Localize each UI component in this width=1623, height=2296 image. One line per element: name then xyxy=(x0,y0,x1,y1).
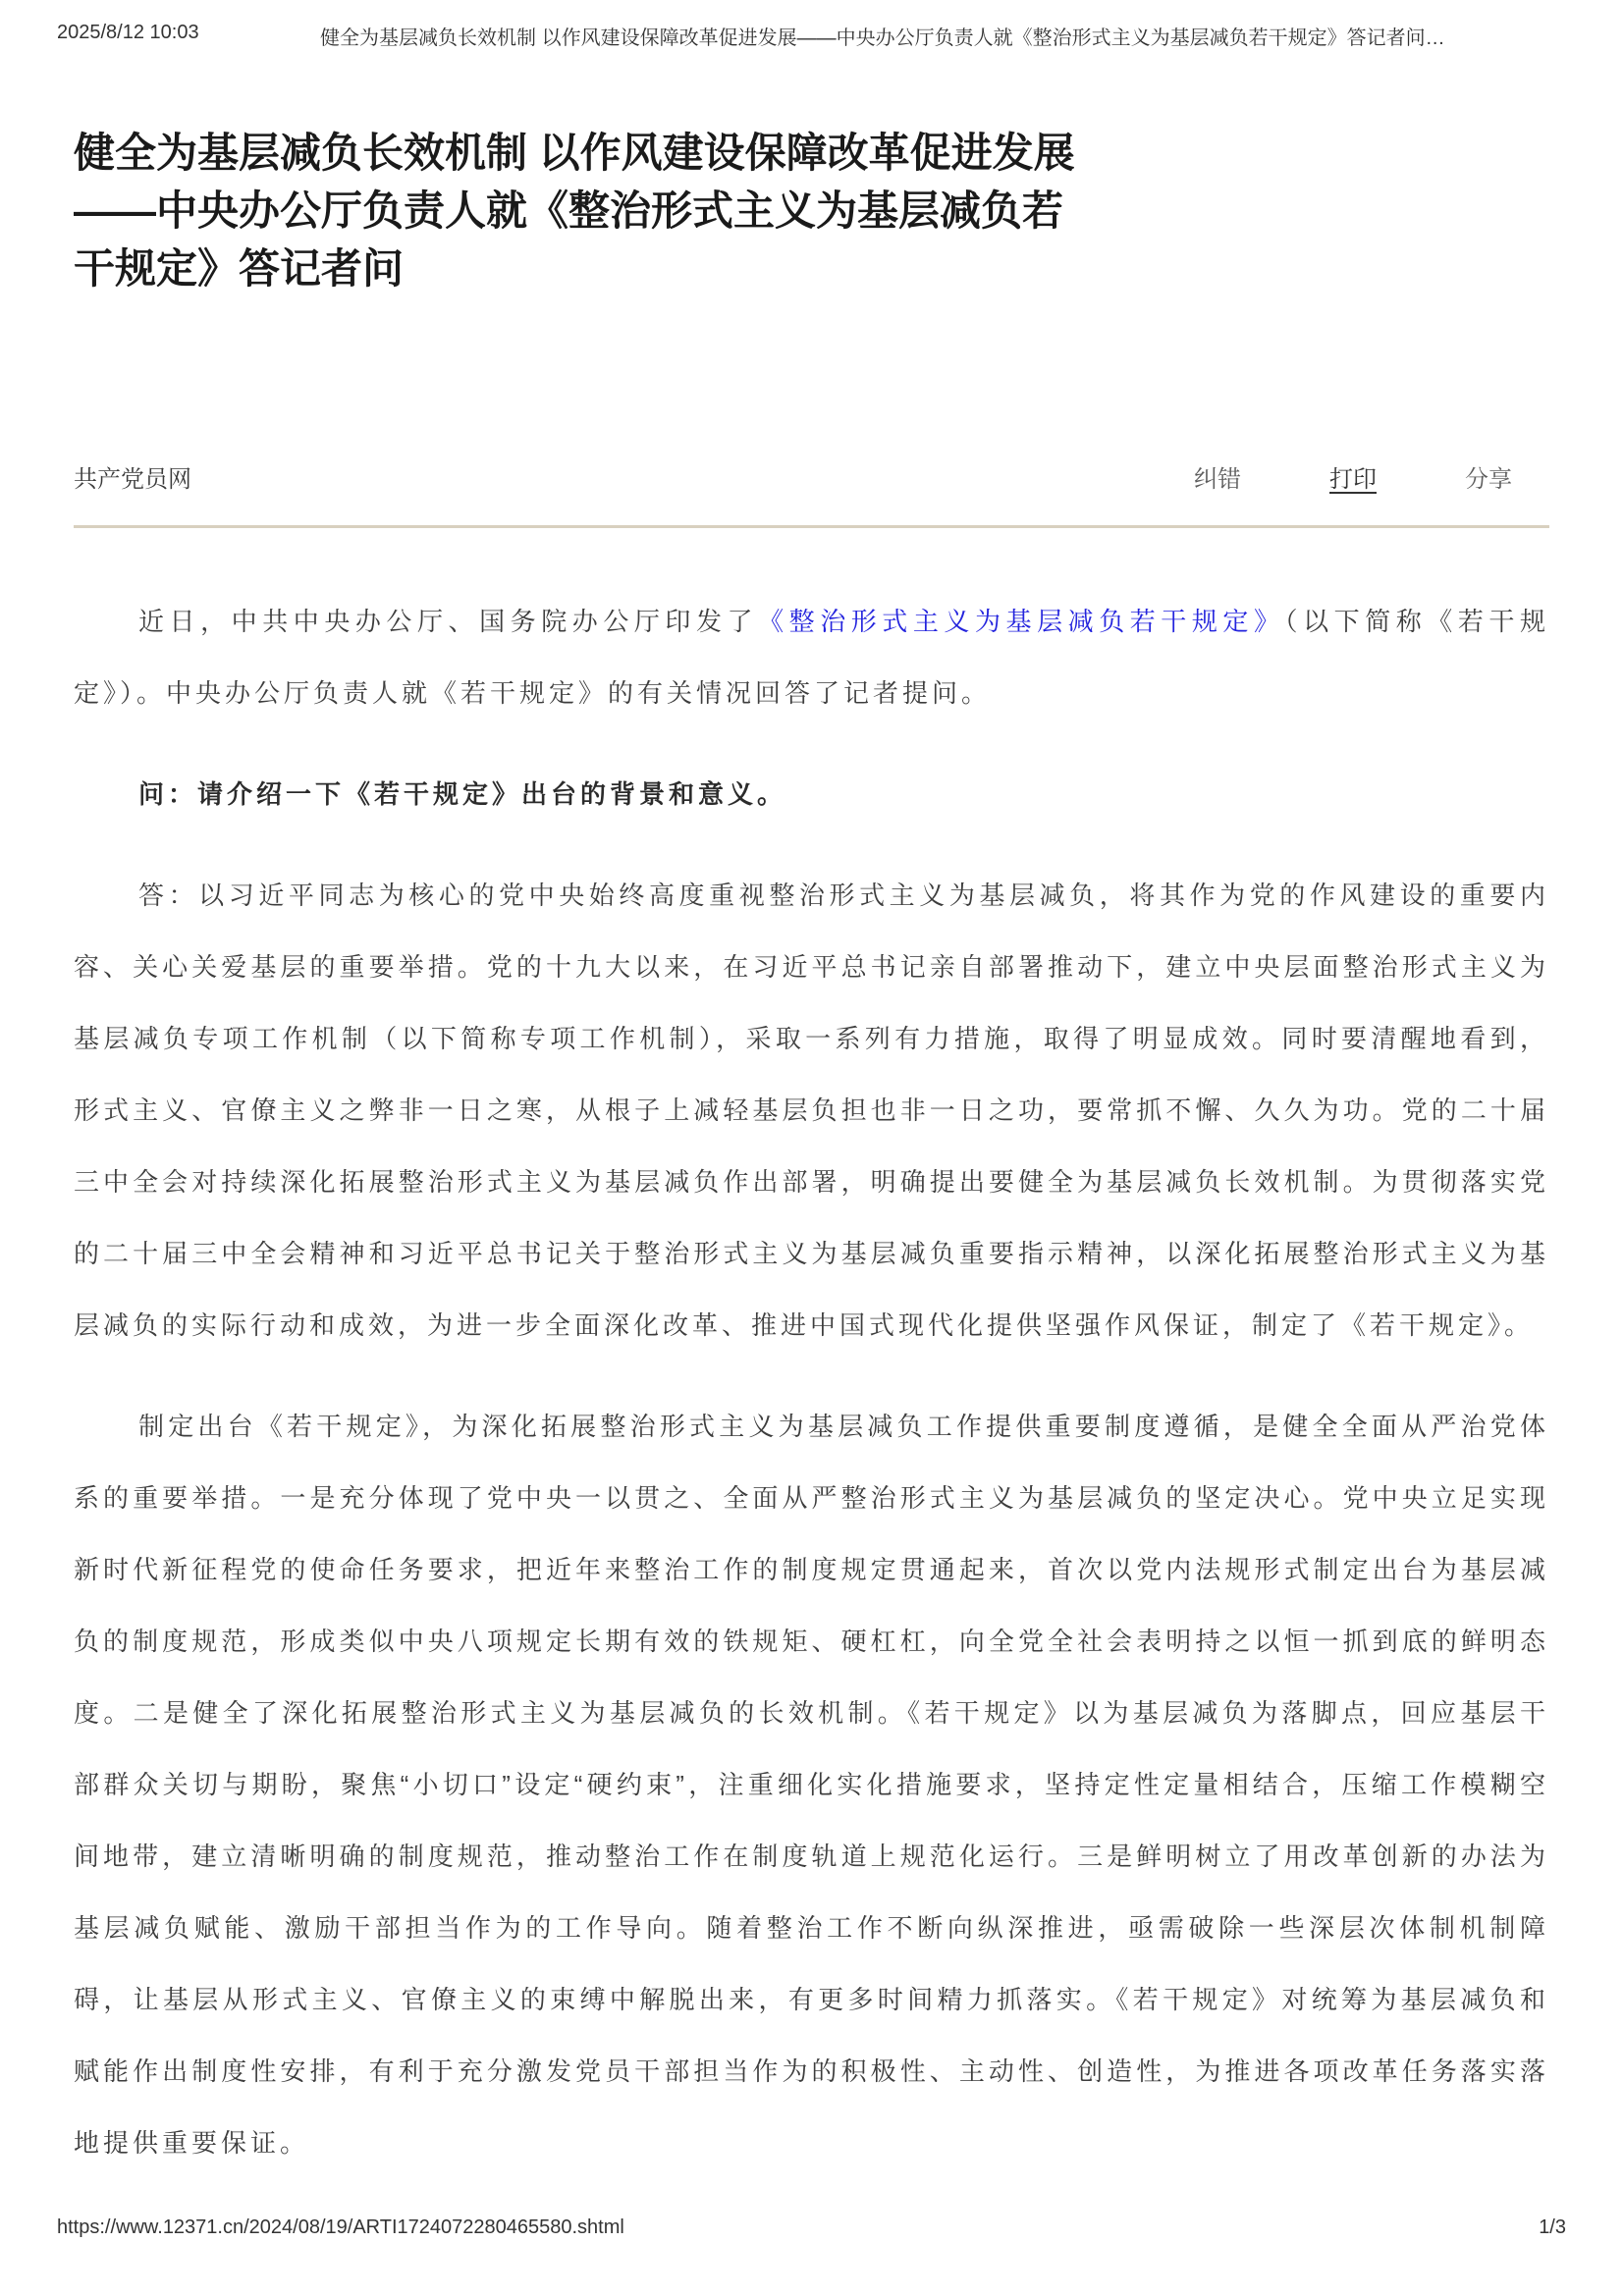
meta-divider xyxy=(74,525,1549,528)
print-link[interactable]: 打印 xyxy=(1329,466,1377,494)
page-indicator: 1/3 xyxy=(1539,2216,1566,2239)
article-body: 近日，中共中央办公厅、国务院办公厅印发了《整治形式主义为基层减负若干规定》（以下… xyxy=(74,586,1549,2179)
correction-link[interactable]: 纠错 xyxy=(1194,466,1241,494)
answer-1-continued: 制定出台《若干规定》，为深化拓展整治形式主义为基层减负工作提供重要制度遵循，是健… xyxy=(74,1391,1549,2179)
print-header-datetime: 2025/8/12 10:03 xyxy=(57,22,199,44)
article-content: 健全为基层减负长效机制 以作风建设保障改革促进发展——中央办公厅负责人就《整治形… xyxy=(74,0,1549,2179)
question-1: 问：请介绍一下《若干规定》出台的背景和意义。 xyxy=(74,759,1549,830)
article-actions: 纠错 打印 分享 xyxy=(1194,466,1549,494)
paragraph-intro: 近日，中共中央办公厅、国务院办公厅印发了《整治形式主义为基层减负若干规定》（以下… xyxy=(74,586,1549,729)
intro-text-before-link: 近日，中共中央办公厅、国务院办公厅印发了 xyxy=(138,607,758,636)
print-preview-page: 2025/8/12 10:03 健全为基层减负长效机制 以作风建设保障改革促进发… xyxy=(0,0,1623,2296)
regulations-document-link[interactable]: 《整治形式主义为基层减负若干规定》 xyxy=(758,607,1284,636)
share-link[interactable]: 分享 xyxy=(1465,466,1512,494)
source-site-label: 共产党员网 xyxy=(74,466,191,494)
print-header: 2025/8/12 10:03 健全为基层减负长效机制 以作风建设保障改革促进发… xyxy=(57,22,1566,50)
print-footer-url: https://www.12371.cn/2024/08/19/ARTI1724… xyxy=(57,2216,624,2239)
article-meta-row: 共产党员网 纠错 打印 分享 xyxy=(74,466,1549,494)
print-footer: https://www.12371.cn/2024/08/19/ARTI1724… xyxy=(57,2216,1566,2239)
print-header-title: 健全为基层减负长效机制 以作风建设保障改革促进发展——中央办公厅负责人就《整治形… xyxy=(199,22,1566,50)
answer-1: 答：以习近平同志为核心的党中央始终高度重视整治形式主义为基层减负，将其作为党的作… xyxy=(74,860,1549,1362)
